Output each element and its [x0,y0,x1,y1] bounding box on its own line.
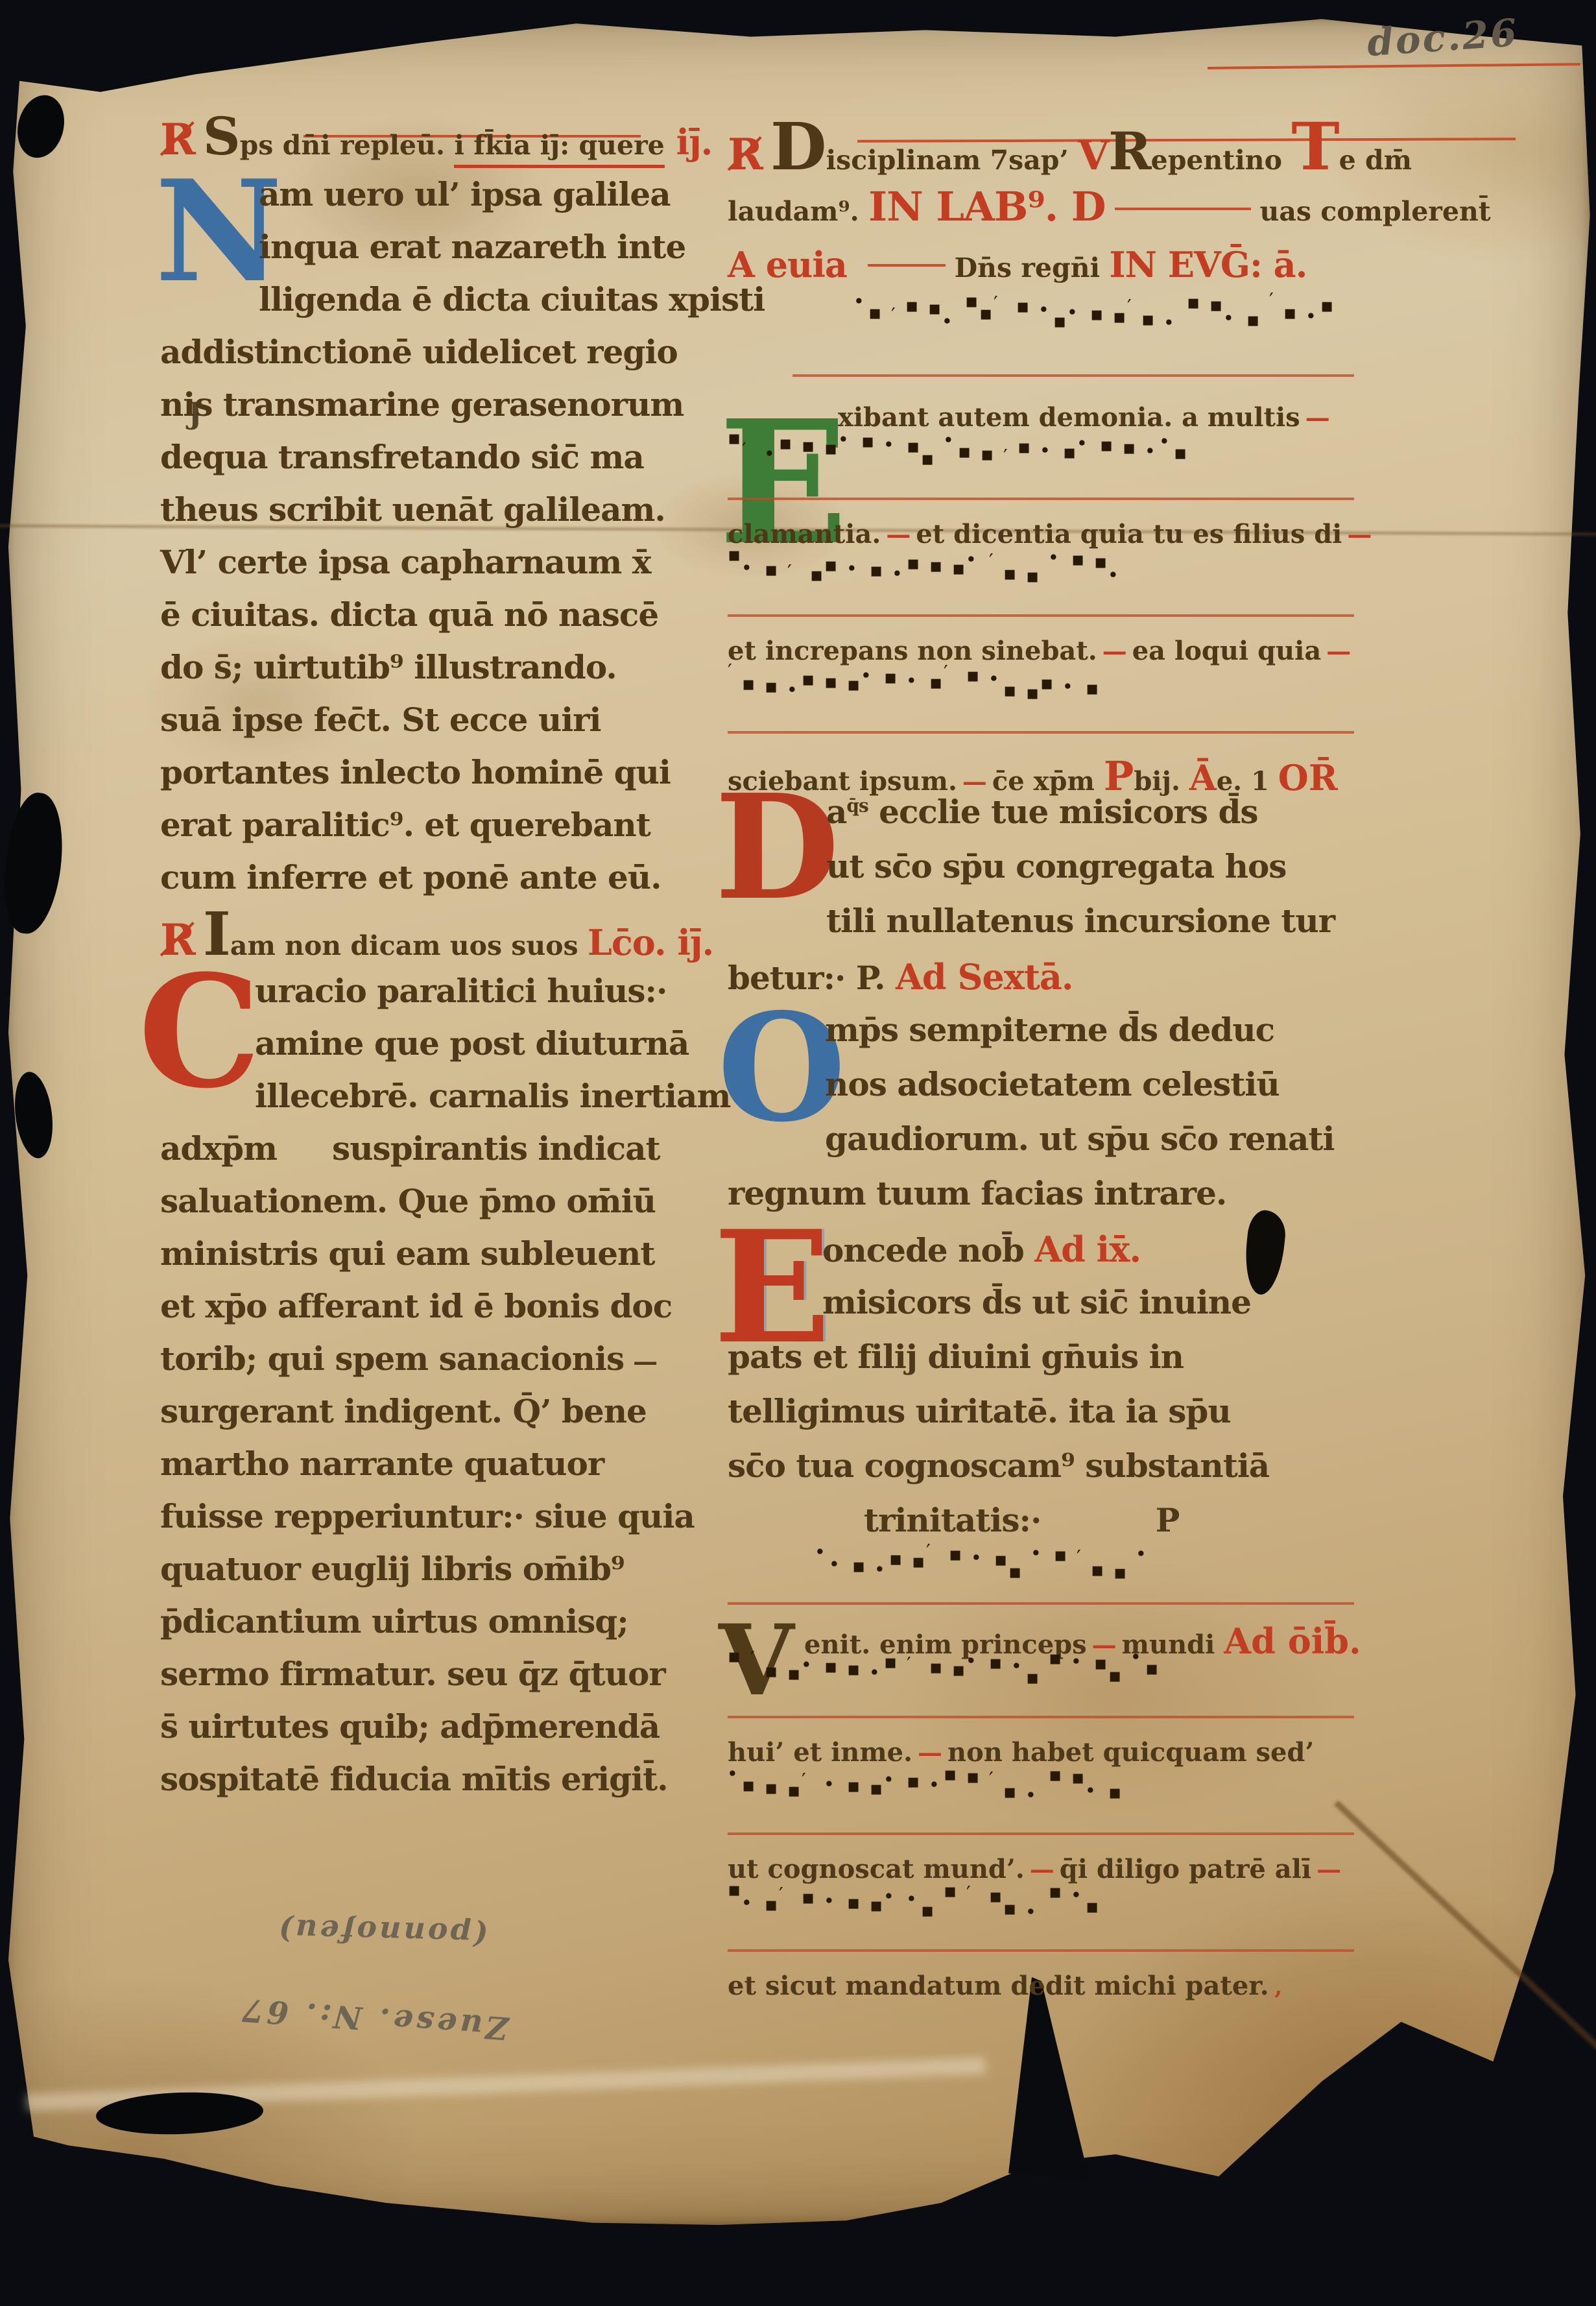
neume-mark: ′ [989,1768,1003,1791]
text-segment: uracio paralitici huius:· [255,972,667,1010]
neume-mark: ▪ [1071,1766,1086,1789]
line-text: Omp̄s sempiterne d̄s deduc [728,1012,1363,1048]
text-segment: clamantia. [728,519,881,549]
neume-mark: ∙ [892,562,907,584]
neume-mark: ▪ [949,1543,963,1566]
line-text: trinitatis:· P [864,1502,1363,1539]
line-text: R̸Disciplinam 7sap’ VRepentino Te dm̄ [728,123,1363,176]
text-line: gaudiorum. ut sp̄u sc̄o renati [728,1121,1363,1175]
line-text: et xp̄o afferant id ē bonis doc [160,1288,709,1325]
neume-mark: ▪ [958,440,972,463]
neume-mark: ▪ [847,673,861,696]
text-segment: mp̄s sempiterne d̄s deduc [825,1011,1274,1049]
text-segment: portantes inlecto hominē qui [160,753,671,791]
text-segment: inqua erat nazareth inte [259,228,685,266]
neume-mark: ▪ [929,671,944,694]
text-segment: V [1078,132,1108,179]
neume-mark: ▪ [1049,1647,1063,1670]
text-line: tili nullatenus incursione tur [728,903,1363,957]
text-line: fuisse repperiuntur:· siue quia [160,1498,709,1551]
neume-mark: ▪ [824,554,839,577]
neume-mark: ∙ [1049,546,1063,568]
text-segment: epentino [1151,145,1292,176]
line-text: nos adsocietatem celestiū [728,1066,1363,1103]
neumes-row: ▪∙▪′▪∙▪▪∙∙▪▪′▪▪∙▪∙▪ [728,1895,1363,1972]
text-segment: uas complerent̄ [1260,196,1491,227]
text-segment: quatuor euglij libris om̄ib⁹ [160,1550,625,1588]
text-line: theus scribit uenāt galileam. [160,492,709,544]
neume-mark: ∙ [944,428,958,451]
neume-mark: ▪ [1090,303,1104,326]
neume-mark: ∙ [1131,1645,1145,1668]
neume-mark: ▪ [802,435,816,457]
line-text: A euia Dn̄s regn̄i IN EVḠ: ā. [728,245,1363,284]
neume-mark: ′ [994,293,1008,315]
neume-mark: ∙ [1108,563,1123,586]
rubric-line: A euia Dn̄s regn̄i IN EVḠ: ā. [728,245,1363,306]
line-text: torib; qui spem sanacionis— [160,1341,709,1377]
text-line: surgerant indigent. Q̄’ bene [160,1393,709,1446]
neume-mark: ′ [750,1648,765,1670]
neumes-row: ▪′▪▪∙▪▪∙▪′▪▪∙▪∙▪▪∙▪▪∙▪ [728,1662,1363,1738]
text-segment: R̸ [728,129,763,180]
text-segment: ut sc̄o sp̄u congregata hos [826,847,1286,885]
neume-mark: ▪ [928,297,942,320]
neume-mark: ▪ [979,302,994,325]
neume-mark: ▪ [889,1548,903,1570]
neume-mark: ∙ [787,678,802,701]
neume-mark: ∙ [989,667,1003,690]
line-text: cum inferre et ponē ante eū. [160,859,709,896]
text-segment: oncede nob̄ [822,1231,1034,1269]
neume-mark: ▪ [1246,309,1261,331]
text-segment: p̄dicantium uirtus omnisq; [160,1602,628,1640]
text-segment: isciplinam 7sap’ [826,145,1078,176]
text-segment: suā ipse fec̄t. St ecce uiri [160,701,601,739]
text-segment: P [1156,1501,1180,1539]
neume-mark: ∙ [929,1773,944,1796]
text-segment: ministris qui eam subleuent [160,1234,655,1273]
neume-mark: ▪ [1209,294,1224,317]
neume-mark: ∙ [1145,439,1160,462]
neume-mark: ▪ [905,294,920,317]
neume-mark: ▪ [1113,306,1127,328]
text-segment: adxp̄m [160,1129,277,1168]
neume-mark: ▪ [944,1880,958,1903]
text-segment: addistinctionē uidelicet regio [160,333,678,371]
neume-mark: ∙ [1026,1900,1040,1923]
neume-mark: ▪ [728,1879,742,1901]
neume-mark: ′ [1127,296,1141,318]
text-segment: — [1102,636,1127,666]
text-segment: D [770,108,826,185]
line-text: gaudiorum. ut sp̄u sc̄o renati [728,1121,1363,1157]
neume-mark: ▪ [1049,1764,1063,1786]
text-segment: amine que post diuturnā [255,1024,689,1063]
line-text: lligenda ē dicta ciuitas xpisti [160,282,709,318]
neume-mark: ▪ [765,1893,779,1916]
neume-mark: ▪ [1026,1666,1040,1689]
line-text: s̄ uirtutes quib; adp̄merendā [160,1709,709,1745]
text-line: do s̄; uirtutib⁹ illustrando. [160,649,709,702]
text-segment: — [1316,1855,1341,1884]
neume-mark: ▪ [870,1777,884,1800]
text-line: saluationem. Que p̄mo om̄iū [160,1183,709,1236]
neume-mark: ∙ [1031,1541,1045,1564]
neume-mark: ▪ [852,1555,866,1578]
text-segment: a multis [1173,402,1300,433]
text-segment: do s̄; uirtutib⁹ illustrando. [160,648,617,686]
neume-mark: ∙ [1136,1542,1150,1565]
text-segment: nis transmarine gerasenorum [160,385,684,424]
staff-line [728,1716,1354,1718]
neume-mark: ▪ [921,448,935,470]
neume-mark: ∙ [824,1772,839,1795]
neume-mark: ▪ [847,1892,861,1914]
neume-mark: ∙ [966,1649,981,1672]
text-segment: ecclie tue misicors d̄s [868,793,1258,831]
neume-mark: ∙ [907,669,921,691]
text-line: illecebrē. carnalis inertiam [160,1078,709,1131]
text-line: sc̄o tua cognoscam⁹ substantiā [728,1448,1363,1502]
neume-mark: ∙ [742,1891,756,1914]
text-line: suā ipse fec̄t. St ecce uiri [160,702,709,754]
neume-mark: ∙ [1077,431,1091,454]
neume-mark: ▪ [742,673,756,695]
line-text: telligimus uiritatē. ita ia sp̄u [728,1393,1363,1430]
neume-mark: ∙ [861,664,875,686]
neume-mark: ▪ [1187,291,1201,314]
neumes-row: ▪′∙▪▪▪∙▪∙▪▪∙▪▪′▪∙▪∙▪▪∙∙▪ [728,444,1363,520]
neume-mark: ▪ [861,430,875,453]
neume-mark: ▪ [1114,1561,1128,1584]
neume-mark: ∙ [971,1546,986,1568]
text-segment: Ad Sextā. [896,956,1073,998]
neume-mark: ▪ [1100,434,1114,457]
neumes-row: ′▪▪∙▪▪▪∙▪∙▪′▪∙▪▪▪∙▪ [728,677,1363,754]
text-segment: Lc̄o. ij̄. [588,922,713,963]
neume-mark: ▪ [1320,294,1335,317]
text-segment: telligimus uiritatē. ita ia sp̄u [728,1392,1231,1430]
neume-mark: ▪ [728,427,742,450]
text-line: sermo firmatur. seu q̄z q̄tuor [160,1656,709,1709]
text-segment: et increpans non sinebat. [728,636,1097,666]
neume-mark: ∙ [870,1661,884,1683]
neume-mark: ▪ [1026,565,1040,588]
neume-mark: ∙ [1063,675,1077,697]
line-text: illecebrē. carnalis inertiam [160,1078,709,1114]
text-segment: — [918,1738,942,1767]
line-text: portantes inlecto hominē qui [160,754,709,791]
neume-mark: ∙ [884,1884,898,1907]
line-text: sospitatē fiducia mītis erigit̄. [160,1761,709,1797]
line-text: quatuor euglij libris om̄ib⁹ [160,1551,709,1587]
text-segment: — [1347,520,1372,549]
text-line: martho narrante quatuor [160,1446,709,1498]
text-segment: martho narrante quatuor [160,1445,604,1483]
neume-mark: ∙ [1039,298,1053,320]
left-text-column: R̸Sps dn̄i repleū. i fk̄ia ij̄: quere ij… [160,115,709,1814]
neume-mark: ∙ [765,442,779,464]
line-text: theus scribit uenāt galileam. [160,492,709,528]
pencil-note-line1: (ponnofeu) [276,1912,488,1953]
text-segment: T [1291,108,1339,185]
line-text: Exibant autem demonia. a multis— [728,403,1363,444]
text-segment: illecebrē. carnalis inertiam [255,1077,730,1115]
neume-mark: ▪ [1086,677,1100,700]
neume-mark: ▪ [907,435,921,458]
neume-mark: ▪ [824,1655,839,1678]
text-segment: sc̄o tua cognoscam⁹ substantiā [728,1447,1269,1485]
neume-mark: ′ [989,550,1003,573]
neume-mark: ▪ [994,1548,1008,1571]
staff-line [792,374,1354,377]
neume-mark: ▪ [965,290,979,313]
neume-mark: ▪ [1174,442,1188,464]
right-text-column: R̸Disciplinam 7sap’ VRepentino Te dm̄lau… [728,123,1363,2012]
text-segment: q̄s [846,795,868,816]
neume-mark: ′ [907,1653,921,1676]
line-text: laudam⁹. IN LAB⁹. Duas complerent̄ [728,184,1363,229]
text-line: Daq̄s ecclie tue misicors d̄s [728,794,1363,848]
music-line: ▪′∙▪▪▪∙▪∙▪▪∙▪▪′▪∙▪∙▪▪∙∙▪clamantia.—et di… [728,444,1363,560]
text-segment: IN LAB⁹. D [868,183,1105,230]
text-segment: Vl’ certe ipsa capharnaum x̄ [160,543,651,581]
neume-mark: ▪ [1283,302,1298,324]
text-line: Curacio paralitici huius:· [160,973,709,1026]
neume-mark: ▪ [728,544,742,566]
neume-mark: ′ [891,304,905,327]
neume-mark: ′ [966,1882,981,1905]
line-text: Venit. enim princeps—mundi Ad ōib̄. [728,1622,1363,1662]
neume-mark: ′ [787,561,802,584]
line-text: fuisse repperiuntur:· siue quia [160,1498,709,1535]
neume-mark: ▪ [884,666,898,689]
line-text: misicors d̄s ut sic̄ inuine [728,1284,1363,1321]
neume-mark: ▪ [1003,679,1018,702]
line-text: martho narrante quatuor [160,1446,709,1482]
staff-line [728,1832,1354,1835]
music-line: ∙▪′▪▪∙▪▪′▪∙▪∙▪▪′▪∙▪▪∙▪′▪∙▪Exibant autem … [728,306,1363,444]
staff-line [728,1949,1354,1952]
text-segment: ea loqui quia [1132,636,1322,666]
neume-mark: ∙ [1026,1783,1040,1806]
neume-mark: ∙ [1224,306,1238,329]
text-line: dequa transfretando sic̄ ma [160,439,709,492]
neume-mark: ▪ [765,1777,779,1799]
neume-mark: ▪ [728,1645,742,1668]
neume-mark: ▪ [1040,672,1054,695]
neume-mark: ▪ [1071,548,1086,571]
neume-mark: ∙ [1040,438,1054,461]
neume-mark: ▪ [929,555,944,577]
text-line: Omp̄s sempiterne d̄s deduc [728,1012,1363,1066]
neume-mark: ∙ [728,1762,742,1784]
neume-mark: ▪ [1086,1895,1100,1918]
text-segment: Ad ōib̄. [1224,1620,1361,1662]
neume-mark: ′ [742,439,756,462]
text-line: Eoncede nob̄ Ad ix̄. [728,1230,1363,1284]
neume-mark: ∙ [942,309,957,332]
line-text: hui’ et inme.—non habet quicquam sed’ [728,1738,1363,1779]
neume-mark: ′ [944,662,958,684]
neume-mark: ▪ [1094,551,1108,573]
text-segment: sermo firmatur. seu q̄z q̄tuor [160,1655,665,1693]
neume-mark: ′ [926,1541,940,1563]
neume-mark: ∙ [966,547,981,570]
line-text: surgerant indigent. Q̄’ bene [160,1393,709,1430]
line-text: Eoncede nob̄ Ad ix̄. [728,1230,1363,1269]
staff-line [728,1602,1354,1605]
neume-mark: ▪ [1141,308,1156,331]
text-segment: s̄ uirtutes quib; adp̄merendā [160,1707,660,1746]
neume-mark: ▪ [944,1763,958,1786]
neume-mark: ▪ [884,1651,898,1674]
text-segment: misicors d̄s ut sic̄ inuine [822,1283,1251,1321]
text-segment: non habet quicquam sed’ [947,1737,1314,1768]
neume-mark: ▪ [912,1550,926,1573]
text-segment: gaudiorum. ut sp̄u sc̄o renati [825,1120,1335,1158]
neume-mark: ▪ [1108,1664,1123,1687]
text-segment: surgerant indigent. Q̄’ bene [160,1392,647,1430]
neume-mark: ▪ [870,559,884,582]
line-text: amine que post diuturnā [160,1026,709,1062]
text-segment: e. 1 [1217,766,1278,797]
text-segment: suspirantis indicat [332,1129,660,1168]
rubric-line: laudam⁹. IN LAB⁹. Duas complerent̄ [728,184,1363,245]
line-text: addistinctionē uidelicet regio [160,334,709,370]
music-line: ∙▪▪▪′∙▪▪∙▪∙▪▪′▪∙▪▪∙▪ut cognoscat mund’.—… [728,1779,1363,1895]
text-segment: A euia [728,244,859,285]
neume-mark: ▪ [847,1658,861,1681]
line-text: ministris qui eam subleuent [160,1236,709,1272]
text-line: ministris qui eam subleuent [160,1236,709,1288]
neume-mark: ▪ [952,557,966,580]
line-text: Vl’ certe ipsa capharnaum x̄ [160,544,709,581]
neume-mark: ∙ [847,557,861,579]
neume-mark: ∙ [1164,311,1178,333]
line-text: Curacio paralitici huius:· [160,973,709,1009]
text-segment: nos adsocietatem celestiū [825,1065,1280,1103]
text-segment: tili nullatenus incursione tur [826,902,1335,940]
text-segment: OR̄ [1278,757,1338,799]
line-text: tili nullatenus incursione tur [728,903,1363,939]
neume-mark: ▪ [907,1770,921,1793]
neume-mark: ′ [779,1884,793,1906]
text-segment: — [1326,636,1351,666]
neume-mark: ∙ [824,1889,839,1912]
neumes-row: ▪∙▪′▪▪∙▪∙▪▪▪∙′▪▪∙▪▪∙ [728,560,1363,637]
neume-mark: ▪ [929,1656,944,1679]
neume-mark: ∙ [1160,429,1174,452]
text-line: sospitatē fiducia mītis erigit̄. [160,1761,709,1814]
text-line: pats et filij diuini gn̄uis in [728,1339,1363,1393]
neumes-row: ∙∙▪∙▪▪′▪∙▪▪∙▪′▪▪∙ [728,1557,1363,1622]
text-segment: torib; qui spem sanacionis [160,1339,624,1378]
text-segment: hui’ et inme. [728,1737,912,1768]
text-segment [868,264,946,267]
text-segment: — [1305,403,1330,432]
neume-mark: ▪ [810,564,824,586]
text-segment: erat paralitic⁹. et querebant [160,806,650,844]
text-segment [1115,208,1251,210]
line-text: sc̄o tua cognoscam⁹ substantiā [728,1448,1363,1484]
neume-mark: ∙ [839,427,853,450]
text-segment: e dm̄ [1339,145,1412,176]
line-text: Nam uero ul’ ipsa galilea [160,176,709,213]
text-line: ut sc̄o sp̄u congregata hos [728,848,1363,903]
neume-mark: ∙ [1012,1654,1026,1677]
line-text: inqua erat nazareth inte [160,229,709,265]
line-text: saluationem. Que p̄mo om̄iū [160,1183,709,1219]
text-segment: — [633,1347,657,1376]
text-segment: et sicut mandatum dedit michi pater. [728,1971,1269,2001]
text-line: amine que post diuturnā [160,1026,709,1078]
neume-mark: ▪ [952,1659,966,1681]
line-text: nis transmarine gerasenorum [160,387,709,423]
neume-mark: ∙ [884,433,898,455]
neume-mark: ▪ [1003,562,1018,585]
neume-mark: ▪ [765,558,779,581]
line-text: clamantia.—et dicentia quia tu es filius… [728,520,1363,560]
neume-mark: ▪ [907,552,921,575]
neume-mark: ∙ [1306,304,1320,327]
text-segment: sospitatē fiducia mītis erigit̄. [160,1760,668,1798]
neume-mark: ▪ [870,1894,884,1917]
neume-mark: ∙ [1071,1883,1086,1906]
text-line: inqua erat nazareth inte [160,229,709,282]
manuscript-photo: { "page": { "doc_label": "doc.26", "marg… [0,0,1596,2306]
text-segment: Ad ix̄. [1034,1229,1141,1270]
text-segment: am non dicam uos suos [230,930,588,961]
text-segment: fuisse repperiuntur:· siue quia [160,1497,695,1535]
text-segment: — [962,767,987,796]
text-line: nos adsocietatem celestiū [728,1066,1363,1121]
text-line: addistinctionē uidelicet regio [160,334,709,387]
staff-line [728,614,1354,617]
neume-mark: ▪ [1123,437,1137,459]
text-segment: pats et filij diuini gn̄uis in [728,1338,1184,1376]
neume-mark: ▪ [787,1663,802,1685]
neume-mark: ▪ [1016,295,1030,318]
neume-mark: ▪ [765,675,779,698]
text-segment: c̄e xp̄m [992,766,1104,797]
text-line: erat paralitic⁹. et querebant [160,807,709,859]
neume-mark: ′ [728,660,742,683]
neume-mark: ▪ [966,664,981,687]
neume-mark: ▪ [1108,1781,1123,1804]
text-line: telligimus uiritatē. ita ia sp̄u [728,1393,1363,1448]
neume-mark: ▪ [989,1885,1003,1908]
neume-mark: ▪ [742,1774,756,1797]
text-segment: ut cognoscat mund’. [728,1854,1025,1884]
neume-mark: ▪ [1063,441,1077,464]
text-segment: laudam⁹. [728,196,868,227]
neume-mark: ▪ [824,671,839,693]
neume-mark: ▪ [921,1899,935,1922]
neume-mark: ▪ [1054,1544,1068,1567]
text-segment: q̄i diligo patrē alī [1060,1854,1311,1884]
text-segment: cum inferre et ponē ante eū. [160,858,661,896]
text-line: et xp̄o afferant id ē bonis doc [160,1288,709,1341]
neume-mark: ▪ [868,302,883,324]
neume-mark: ′ [1269,289,1283,312]
line-text: et increpans non sinebat.—ea loqui quia— [728,637,1363,677]
text-segment: trinitatis:· [864,1501,1052,1539]
staff-line [728,731,1354,734]
text-line: torib; qui spem sanacionis— [160,1341,709,1393]
text-segment: dequa transfretando sic̄ ma [160,438,644,476]
